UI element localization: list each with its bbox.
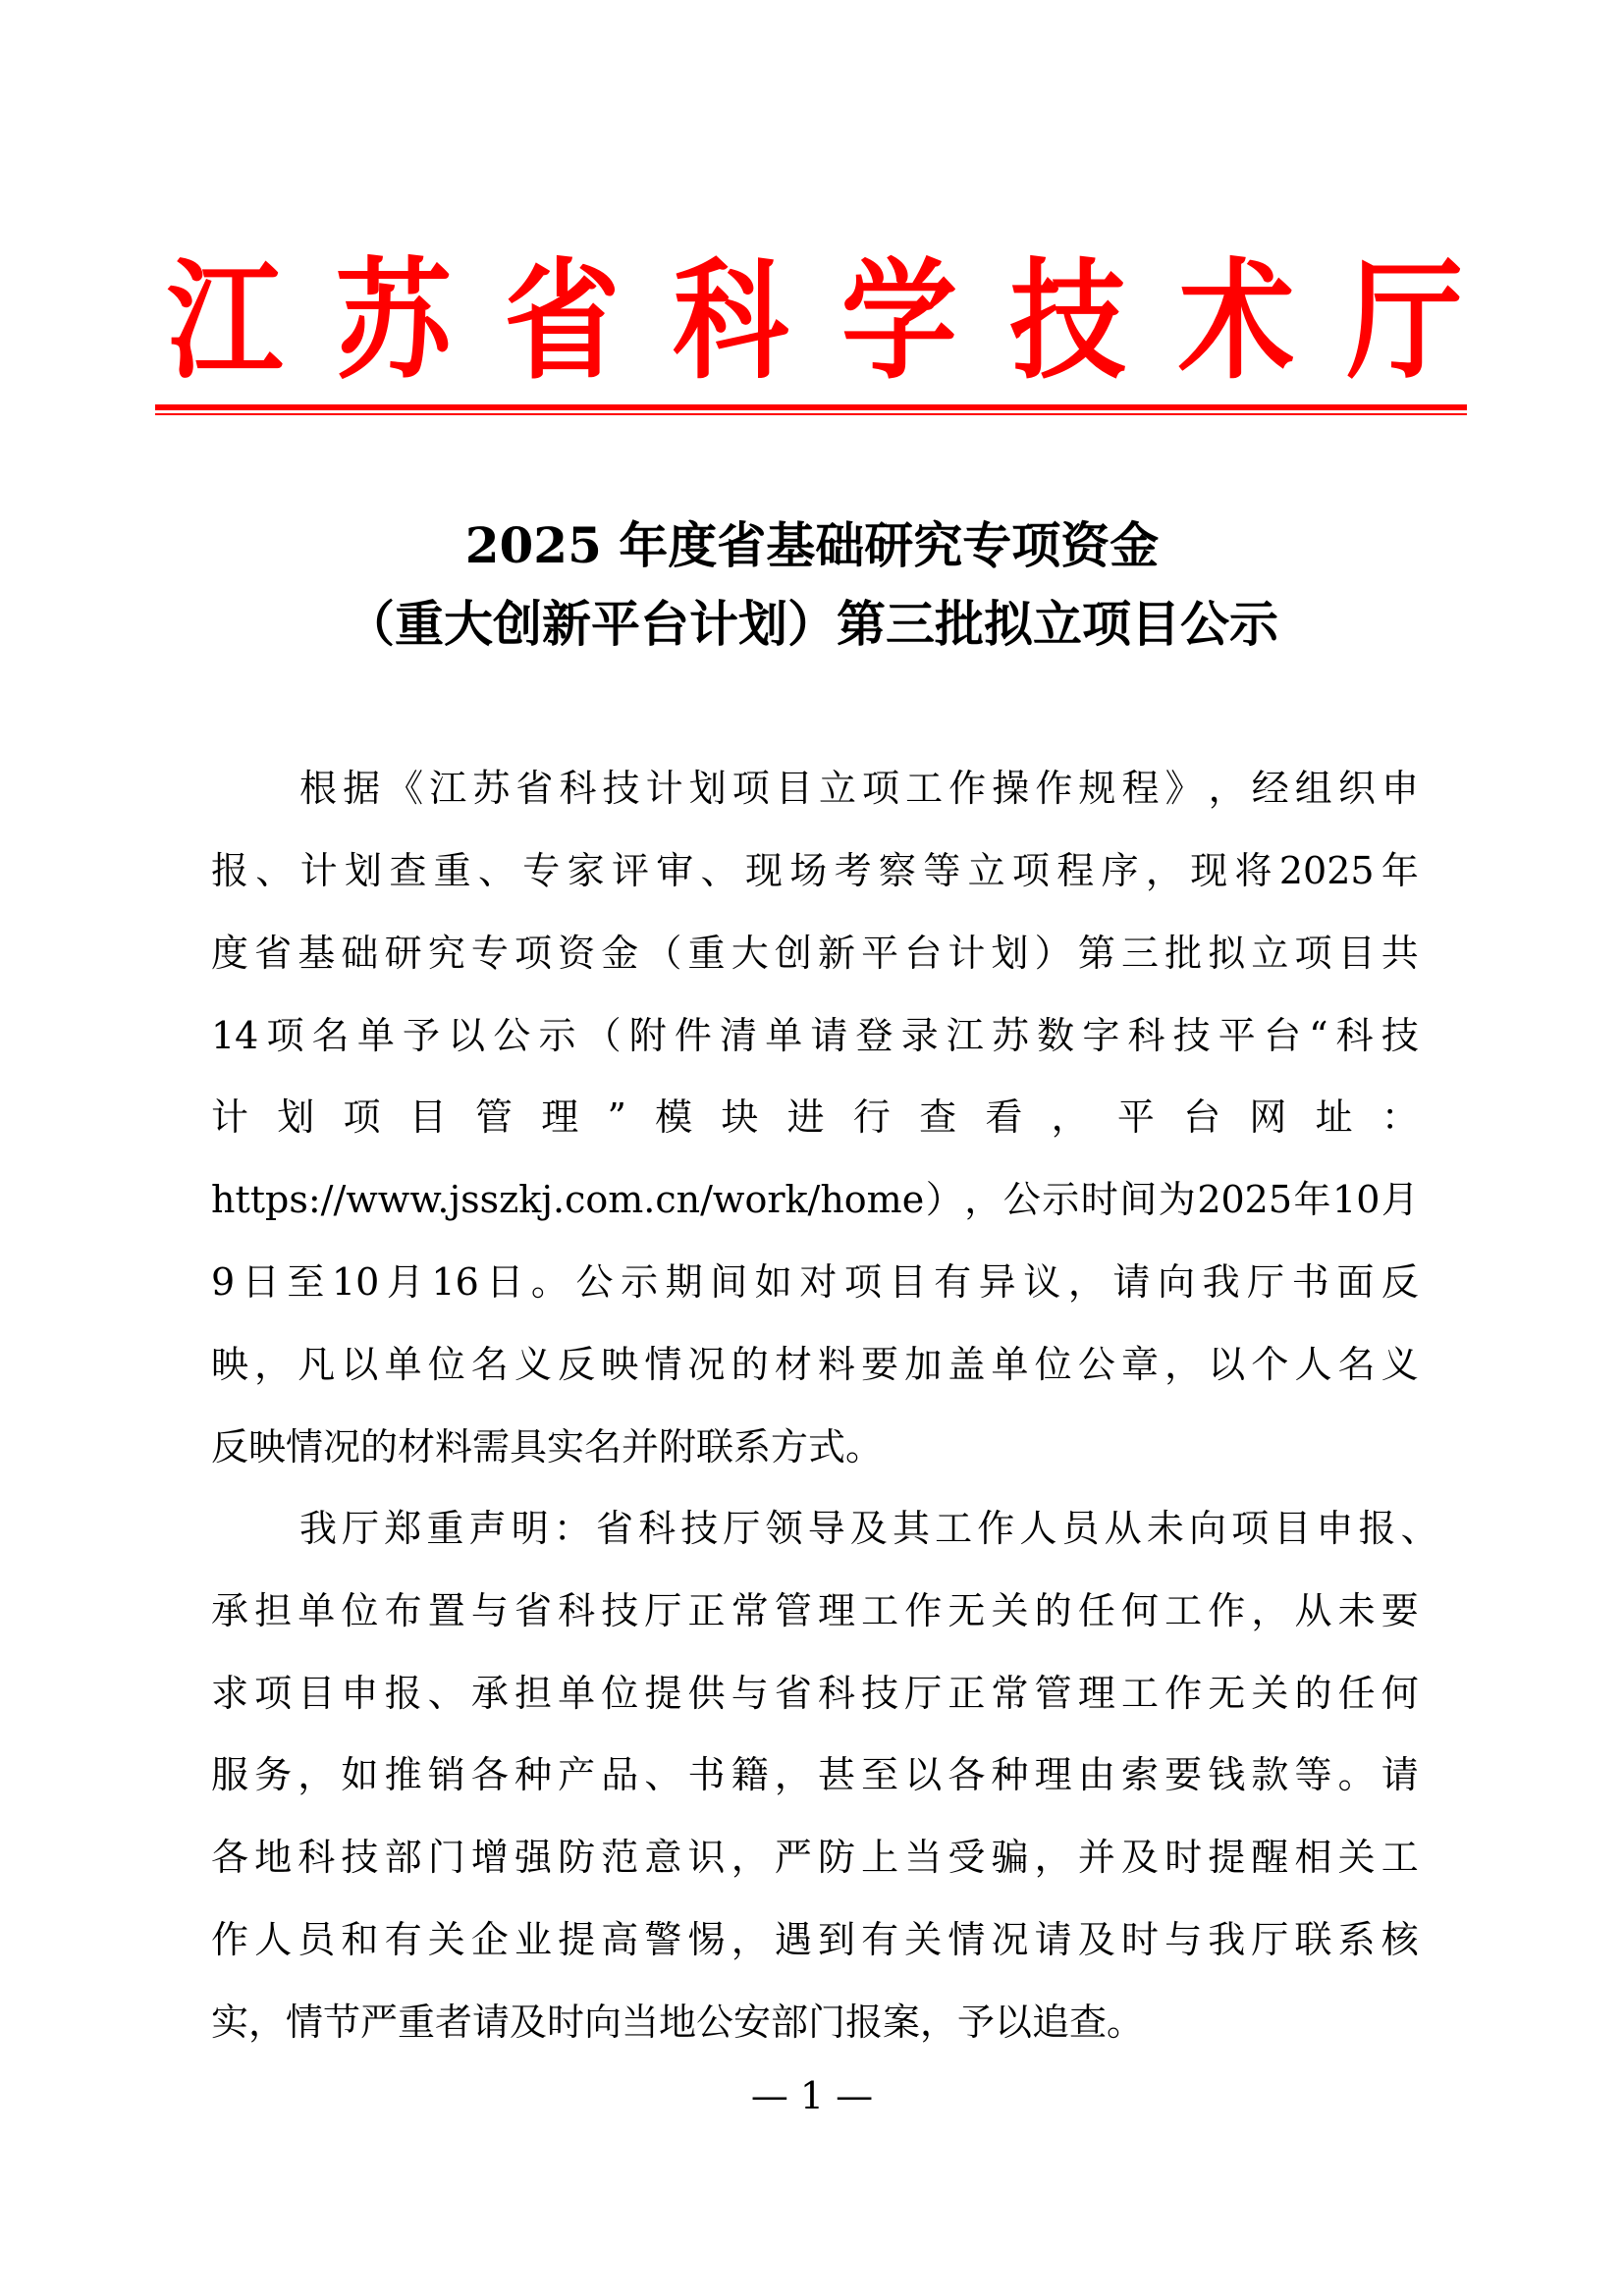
page-number: — 1 — <box>0 2071 1624 2120</box>
paragraph-line: 14项名单予以公示（附件清单请登录江苏数字科技平台“科技 <box>211 1011 1419 1060</box>
paragraph-line: 服务，如推销各种产品、书籍，甚至以各种理由索要钱款等。请 <box>211 1750 1419 1799</box>
paragraph-line: 实，情节严重者请及时向当地公安部门报案，予以追查。 <box>211 1998 1419 2047</box>
paragraph-line: 计划项目管理”模块进行查看，平台网址： <box>211 1093 1419 1142</box>
document-title-line-1: 2025 年度省基础研究专项资金 <box>0 515 1624 576</box>
masthead-char: 技 <box>1010 249 1126 393</box>
paragraph-line: 求项目申报、承担单位提供与省科技厅正常管理工作无关的任何 <box>211 1669 1419 1718</box>
paragraph-line: 作人员和有关企业提高警惕，遇到有关情况请及时与我厅联系核 <box>211 1915 1419 1964</box>
document-title-line-2: （重大创新平台计划）第三批拟立项目公示 <box>0 594 1624 655</box>
paragraph-line: 9日至10月16日。公示期间如对项目有异议，请向我厅书面反 <box>211 1257 1419 1307</box>
masthead-char: 江 <box>167 249 283 393</box>
paragraph-line: 承担单位布置与省科技厅正常管理工作无关的任何工作，从未要 <box>211 1586 1419 1635</box>
masthead-title: 江 苏 省 科 学 技 术 厅 <box>167 257 1463 385</box>
paragraph-line-with-url: https://www.jsszkj.com.cn/work/home），公示时… <box>211 1175 1419 1224</box>
paragraph-line: 根据《江苏省科技计划项目立项工作操作规程》，经组织申 <box>299 764 1419 813</box>
paragraph-line: 度省基础研究专项资金（重大创新平台计划）第三批拟立项目共 <box>211 929 1419 978</box>
masthead-char: 省 <box>504 249 620 393</box>
masthead-char: 学 <box>841 249 957 393</box>
paragraph-line: 报、计划查重、专家评审、现场考察等立项程序，现将2025年 <box>211 846 1419 895</box>
paragraph-line: 各地科技部门增强防范意识，严防上当受骗，并及时提醒相关工 <box>211 1833 1419 1882</box>
masthead-char: 术 <box>1178 249 1294 393</box>
masthead-divider-thin <box>155 413 1467 415</box>
masthead-divider-thick <box>155 404 1467 410</box>
masthead-char: 科 <box>673 249 788 393</box>
paragraph-line: 反映情况的材料需具实名并附联系方式。 <box>211 1422 1419 1471</box>
paragraph-line: 我厅郑重声明：省科技厅领导及其工作人员从未向项目申报、 <box>299 1504 1438 1553</box>
paragraph-line: 映，凡以单位名义反映情况的材料要加盖单位公章，以个人名义 <box>211 1340 1419 1389</box>
masthead-char: 苏 <box>336 249 452 393</box>
masthead-char: 厅 <box>1347 249 1463 393</box>
